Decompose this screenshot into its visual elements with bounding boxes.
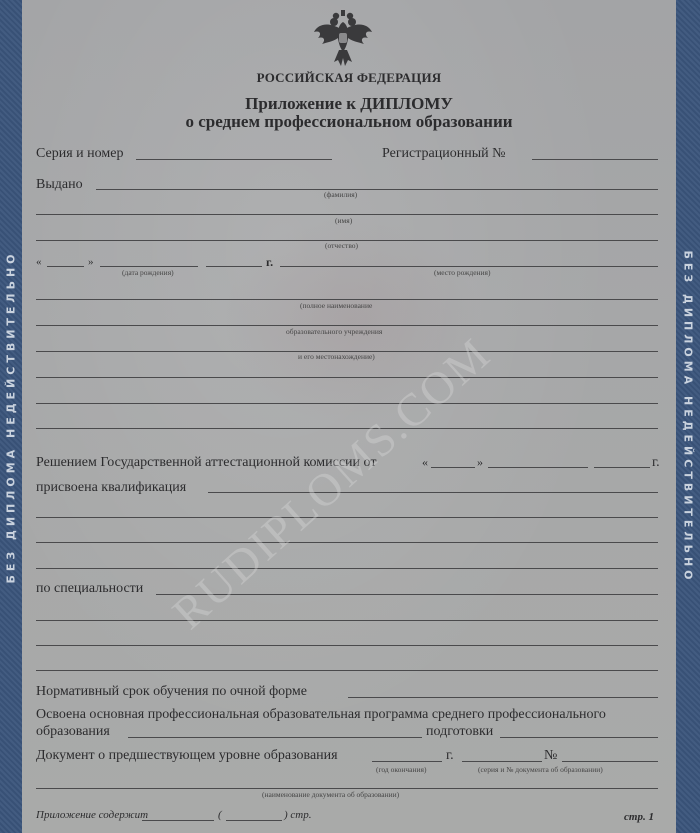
commission-year-suffix: г.	[652, 455, 660, 471]
qualification-line-3[interactable]	[36, 542, 658, 543]
commission-year-field[interactable]	[594, 467, 650, 468]
commission-quote-open: «	[422, 455, 428, 470]
document-name-field[interactable]	[36, 788, 658, 789]
paren-open: (	[218, 809, 222, 821]
prior-number-field[interactable]	[562, 761, 658, 762]
document-page: РОССИЙСКАЯ ФЕДЕРАЦИЯ Приложение к ДИПЛОМ…	[22, 0, 676, 833]
birth-place-caption: (место рождения)	[434, 268, 491, 277]
program-label-line2: образования	[36, 724, 110, 740]
birth-quote-close: »	[88, 256, 94, 268]
qualification-label: присвоена квалификация	[36, 480, 186, 496]
prior-year-suffix: г.	[446, 748, 454, 764]
specialty-line-2[interactable]	[36, 620, 658, 621]
qualification-line-2[interactable]	[36, 517, 658, 518]
number-sign: №	[544, 748, 557, 764]
prior-series-field[interactable]	[462, 761, 542, 762]
qualification-line-4[interactable]	[36, 568, 658, 569]
page-number: стр. 1	[624, 811, 654, 823]
pages-suffix: ) стр.	[284, 809, 312, 821]
birth-place-field[interactable]	[280, 266, 658, 267]
training-label: подготовки	[426, 724, 493, 740]
left-border-text: БЕЗ ДИПЛОМА НЕДЕЙСТВИТЕЛЬНО	[5, 250, 18, 583]
graduation-year-field[interactable]	[372, 761, 442, 762]
prior-document-label: Документ о предшествующем уровне образов…	[36, 748, 338, 764]
institution-line-2[interactable]	[36, 325, 658, 326]
document-name-caption: (наименование документа об образовании)	[262, 790, 399, 799]
program-field[interactable]	[128, 737, 422, 738]
normative-term-field[interactable]	[348, 697, 658, 698]
commission-month-field[interactable]	[488, 467, 588, 468]
institution-caption-2: образовательного учреждения	[286, 327, 382, 336]
first-name-caption: (имя)	[335, 216, 352, 225]
left-security-border: БЕЗ ДИПЛОМА НЕДЕЙСТВИТЕЛЬНО	[0, 0, 22, 833]
specialty-line-4[interactable]	[36, 670, 658, 671]
double-headed-eagle-emblem-icon	[312, 8, 374, 68]
birth-date-caption: (дата рождения)	[122, 268, 174, 277]
document-title: Приложение к ДИПЛОМУ	[22, 94, 676, 114]
surname-caption: (фамилия)	[324, 190, 357, 199]
patronymic-caption: (отчество)	[325, 241, 358, 250]
surname-field[interactable]	[96, 189, 658, 190]
training-field[interactable]	[500, 737, 658, 738]
normative-term-label: Нормативный срок обучения по очной форме	[36, 684, 307, 700]
specialty-line-3[interactable]	[36, 645, 658, 646]
birth-year-field[interactable]	[206, 266, 262, 267]
right-security-border: БЕЗ ДИПЛОМА НЕДЕЙСТВИТЕЛЬНО	[676, 0, 700, 833]
institution-caption-1: (полное наименование	[300, 301, 372, 310]
first-name-field[interactable]	[36, 214, 658, 215]
appendix-pages-words-field[interactable]	[226, 820, 282, 821]
institution-line-5[interactable]	[36, 403, 658, 404]
document-subtitle: о среднем профессиональном образовании	[22, 112, 676, 132]
birth-month-field[interactable]	[100, 266, 198, 267]
institution-line-1[interactable]	[36, 299, 658, 300]
program-label-line1: Освоена основная профессиональная образо…	[36, 707, 606, 723]
country-heading: РОССИЙСКАЯ ФЕДЕРАЦИЯ	[22, 70, 676, 86]
registration-number-label: Регистрационный №	[382, 146, 506, 162]
commission-quote-close: »	[477, 455, 483, 470]
registration-number-field[interactable]	[532, 159, 658, 160]
institution-line-6[interactable]	[36, 428, 658, 429]
birth-year-suffix: г.	[266, 255, 273, 270]
qualification-field[interactable]	[208, 492, 658, 493]
commission-day-field[interactable]	[431, 467, 475, 468]
institution-line-4[interactable]	[36, 377, 658, 378]
graduation-year-caption: (год окончания)	[376, 765, 426, 774]
specialty-label: по специальности	[36, 581, 143, 597]
appendix-contains-label: Приложение содержит	[36, 809, 148, 821]
birth-day-field[interactable]	[47, 266, 84, 267]
issued-to-label: Выдано	[36, 177, 83, 193]
series-number-label: Серия и номер	[36, 146, 123, 162]
right-border-text: БЕЗ ДИПЛОМА НЕДЕЙСТВИТЕЛЬНО	[682, 250, 695, 583]
series-number-caption: (серия и № документа об образовании)	[478, 765, 603, 774]
series-number-field[interactable]	[136, 159, 332, 160]
appendix-pages-field[interactable]	[142, 820, 214, 821]
birth-quote-open: «	[36, 256, 42, 268]
institution-caption-3: и его местонахождение)	[298, 352, 375, 361]
